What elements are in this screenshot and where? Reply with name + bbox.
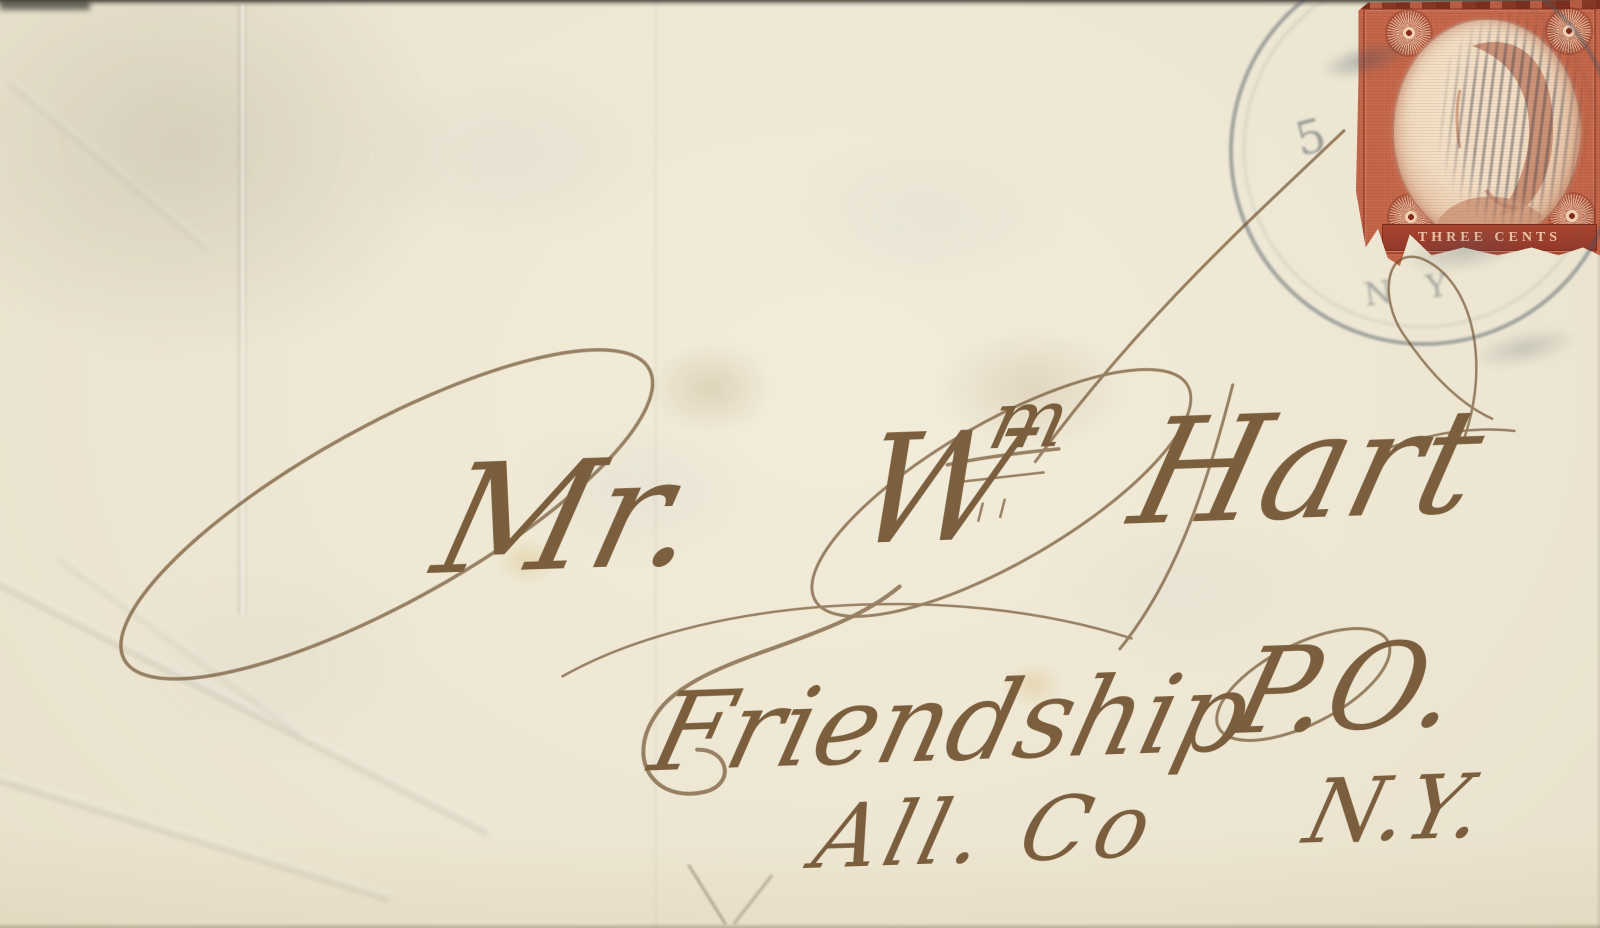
address-line1-prefix: Mr. [417,424,720,609]
handwriting-layer: Mr. W m Hart Friendship P.O. All. Co [0,0,1600,928]
svg-text:Hart: Hart [1114,376,1500,558]
handwritten-address: Mr. W m Hart Friendship P.O. All. Co [67,125,1529,914]
address-line1-superscript: m [980,372,1079,469]
envelope-front: THREE CENTS 5 N Y [0,0,1600,928]
address-line2-po: P.O. [1218,616,1475,762]
address-line3-county: All. Co [797,775,1167,890]
svg-text:N.Y.: N.Y. [1293,755,1495,864]
svg-text:m: m [980,372,1079,469]
svg-text:P.O.: P.O. [1218,616,1475,762]
svg-text:All. Co: All. Co [797,775,1167,890]
svg-text:Friendship: Friendship [637,649,1262,796]
address-line1-surname: Hart [1114,376,1500,558]
address-line3-state: N.Y. [1293,755,1495,864]
address-line2-town: Friendship [637,649,1262,796]
svg-text:Mr.: Mr. [417,424,720,609]
